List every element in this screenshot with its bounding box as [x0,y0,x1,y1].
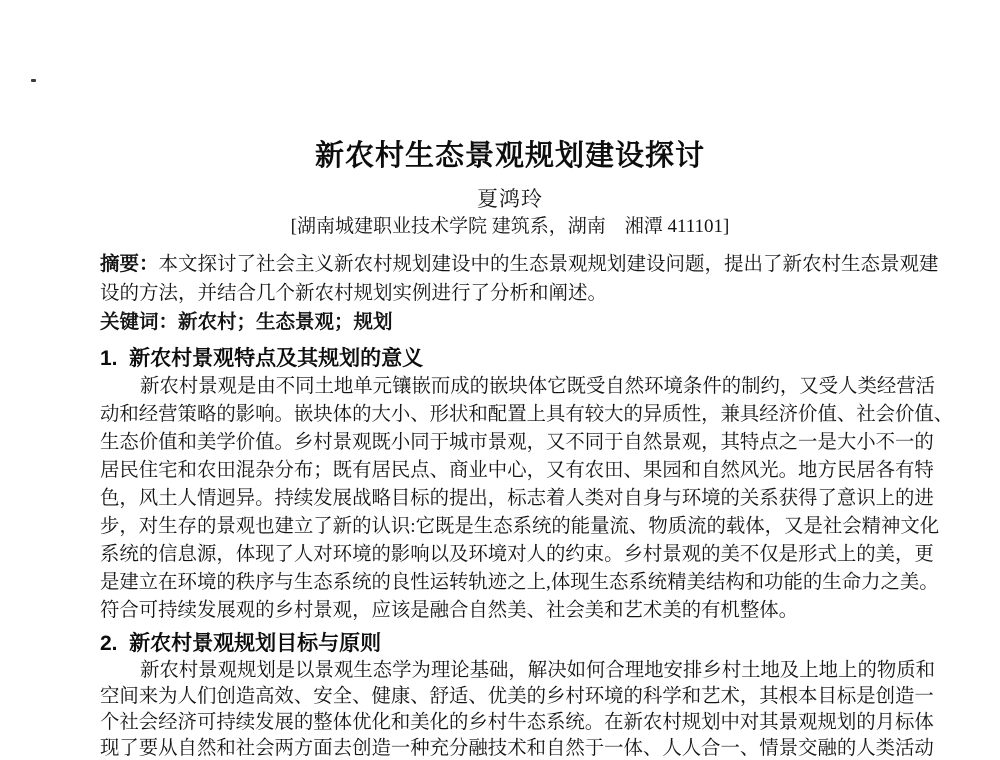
scanned-paper-page: 新农村生态景观规划建设探讨 夏鸿玲 [湖南城建职业技术学院 建筑系，湖南 湘潭 … [0,0,1000,760]
body-text-line: 符合可持续发展观的乡村景观，应该是融合自然美、社会美和艺术美的有机整体。 [100,597,920,625]
section-1-body: 新农村景观是由不同土地单元镶嵌而成的嵌块体它既受自然环境条件的制约，又受人类经营… [100,373,920,625]
body-text-line: 步，对生存的景观也建立了新的认识:它既是生态系统的能量流、物质流的载体，又是社会… [100,513,920,541]
body-text-line: 是建立在环境的秩序与生态系统的良性运转轨迹之上,体现生态系统精美结构和功能的生命… [100,569,920,597]
author-affiliation: [湖南城建职业技术学院 建筑系，湖南 湘潭 411101] [100,214,920,240]
body-text-line: 现了要从自然和社会两方面去创造一种充分融技术和自然于一体、人人合一、情景交融的人… [100,736,920,760]
body-text-line: 新农村景观规划是以景观生态学为理论基础，解决如何合理地安排乡村土地及上地上的物质… [100,658,920,684]
abstract-line: 设的方法，并结合几个新农村规划实例进行了分析和阐述。 [100,279,920,308]
keywords-label: 关键词： [100,311,178,333]
body-text-line: 生态价值和美学价值。乡村景观既小同于城市景观，又不同于自然景观，其特点之一是大小… [100,429,920,457]
scan-speck-artifact [31,79,36,82]
section-2-heading: 2. 新农村景观规划目标与原则 [100,630,920,658]
abstract-block: 摘要：本文探讨了社会主义新农村规划建设中的生态景观规划建设问题，提出了新农村生态… [100,250,920,337]
body-text-line: 新农村景观是由不同土地单元镶嵌而成的嵌块体它既受自然环境条件的制约，又受人类经营… [100,373,920,401]
body-text-line: 动和经营策略的影响。嵌块体的大小、形状和配置上具有较大的异质性，兼具经济价值、社… [100,401,920,429]
body-text-line: 个社会经济可持续发展的整体优化和美化的乡村牛态系统。在新农村规划中对其景观规划的… [100,710,920,736]
body-text-line: 居民住宅和农田混杂分布；既有居民点、商业中心，又有农田、果园和自然风光。地方民居… [100,457,920,485]
abstract-line: 摘要：本文探讨了社会主义新农村规划建设中的生态景观规划建设问题，提出了新农村生态… [100,250,920,279]
author-name: 夏鸿玲 [100,186,920,212]
abstract-text: 本文探讨了社会主义新农村规划建设中的生态景观规划建设问题，提出了新农村生态景观建 [159,254,939,275]
body-text-line: 系统的信息源，体现了人对环境的影响以及环境对人的约束。乡村景观的美不仅是形式上的… [100,541,920,569]
abstract-label: 摘要： [100,253,159,275]
paper-title: 新农村生态景观规划建设探讨 [100,136,920,176]
keywords-text: 新农村；生态景观；规划 [178,311,393,333]
paper-content: 新农村生态景观规划建设探讨 夏鸿玲 [湖南城建职业技术学院 建筑系，湖南 湘潭 … [100,136,920,760]
section-2-body: 新农村景观规划是以景观生态学为理论基础，解决如何合理地安排乡村土地及上地上的物质… [100,658,920,760]
body-text-line: 色，风土人情迥异。持续发展战略目标的提出，标志着人类对自身与环境的关系获得了意识… [100,485,920,513]
body-text-line: 空间来为人们创造高效、安全、健康、舒适、优美的乡村环境的科学和艺术，其根本目标是… [100,684,920,710]
section-1-heading: 1. 新农村景观特点及其规划的意义 [100,345,920,373]
keywords-line: 关键词：新农村；生态景观；规划 [100,308,920,337]
